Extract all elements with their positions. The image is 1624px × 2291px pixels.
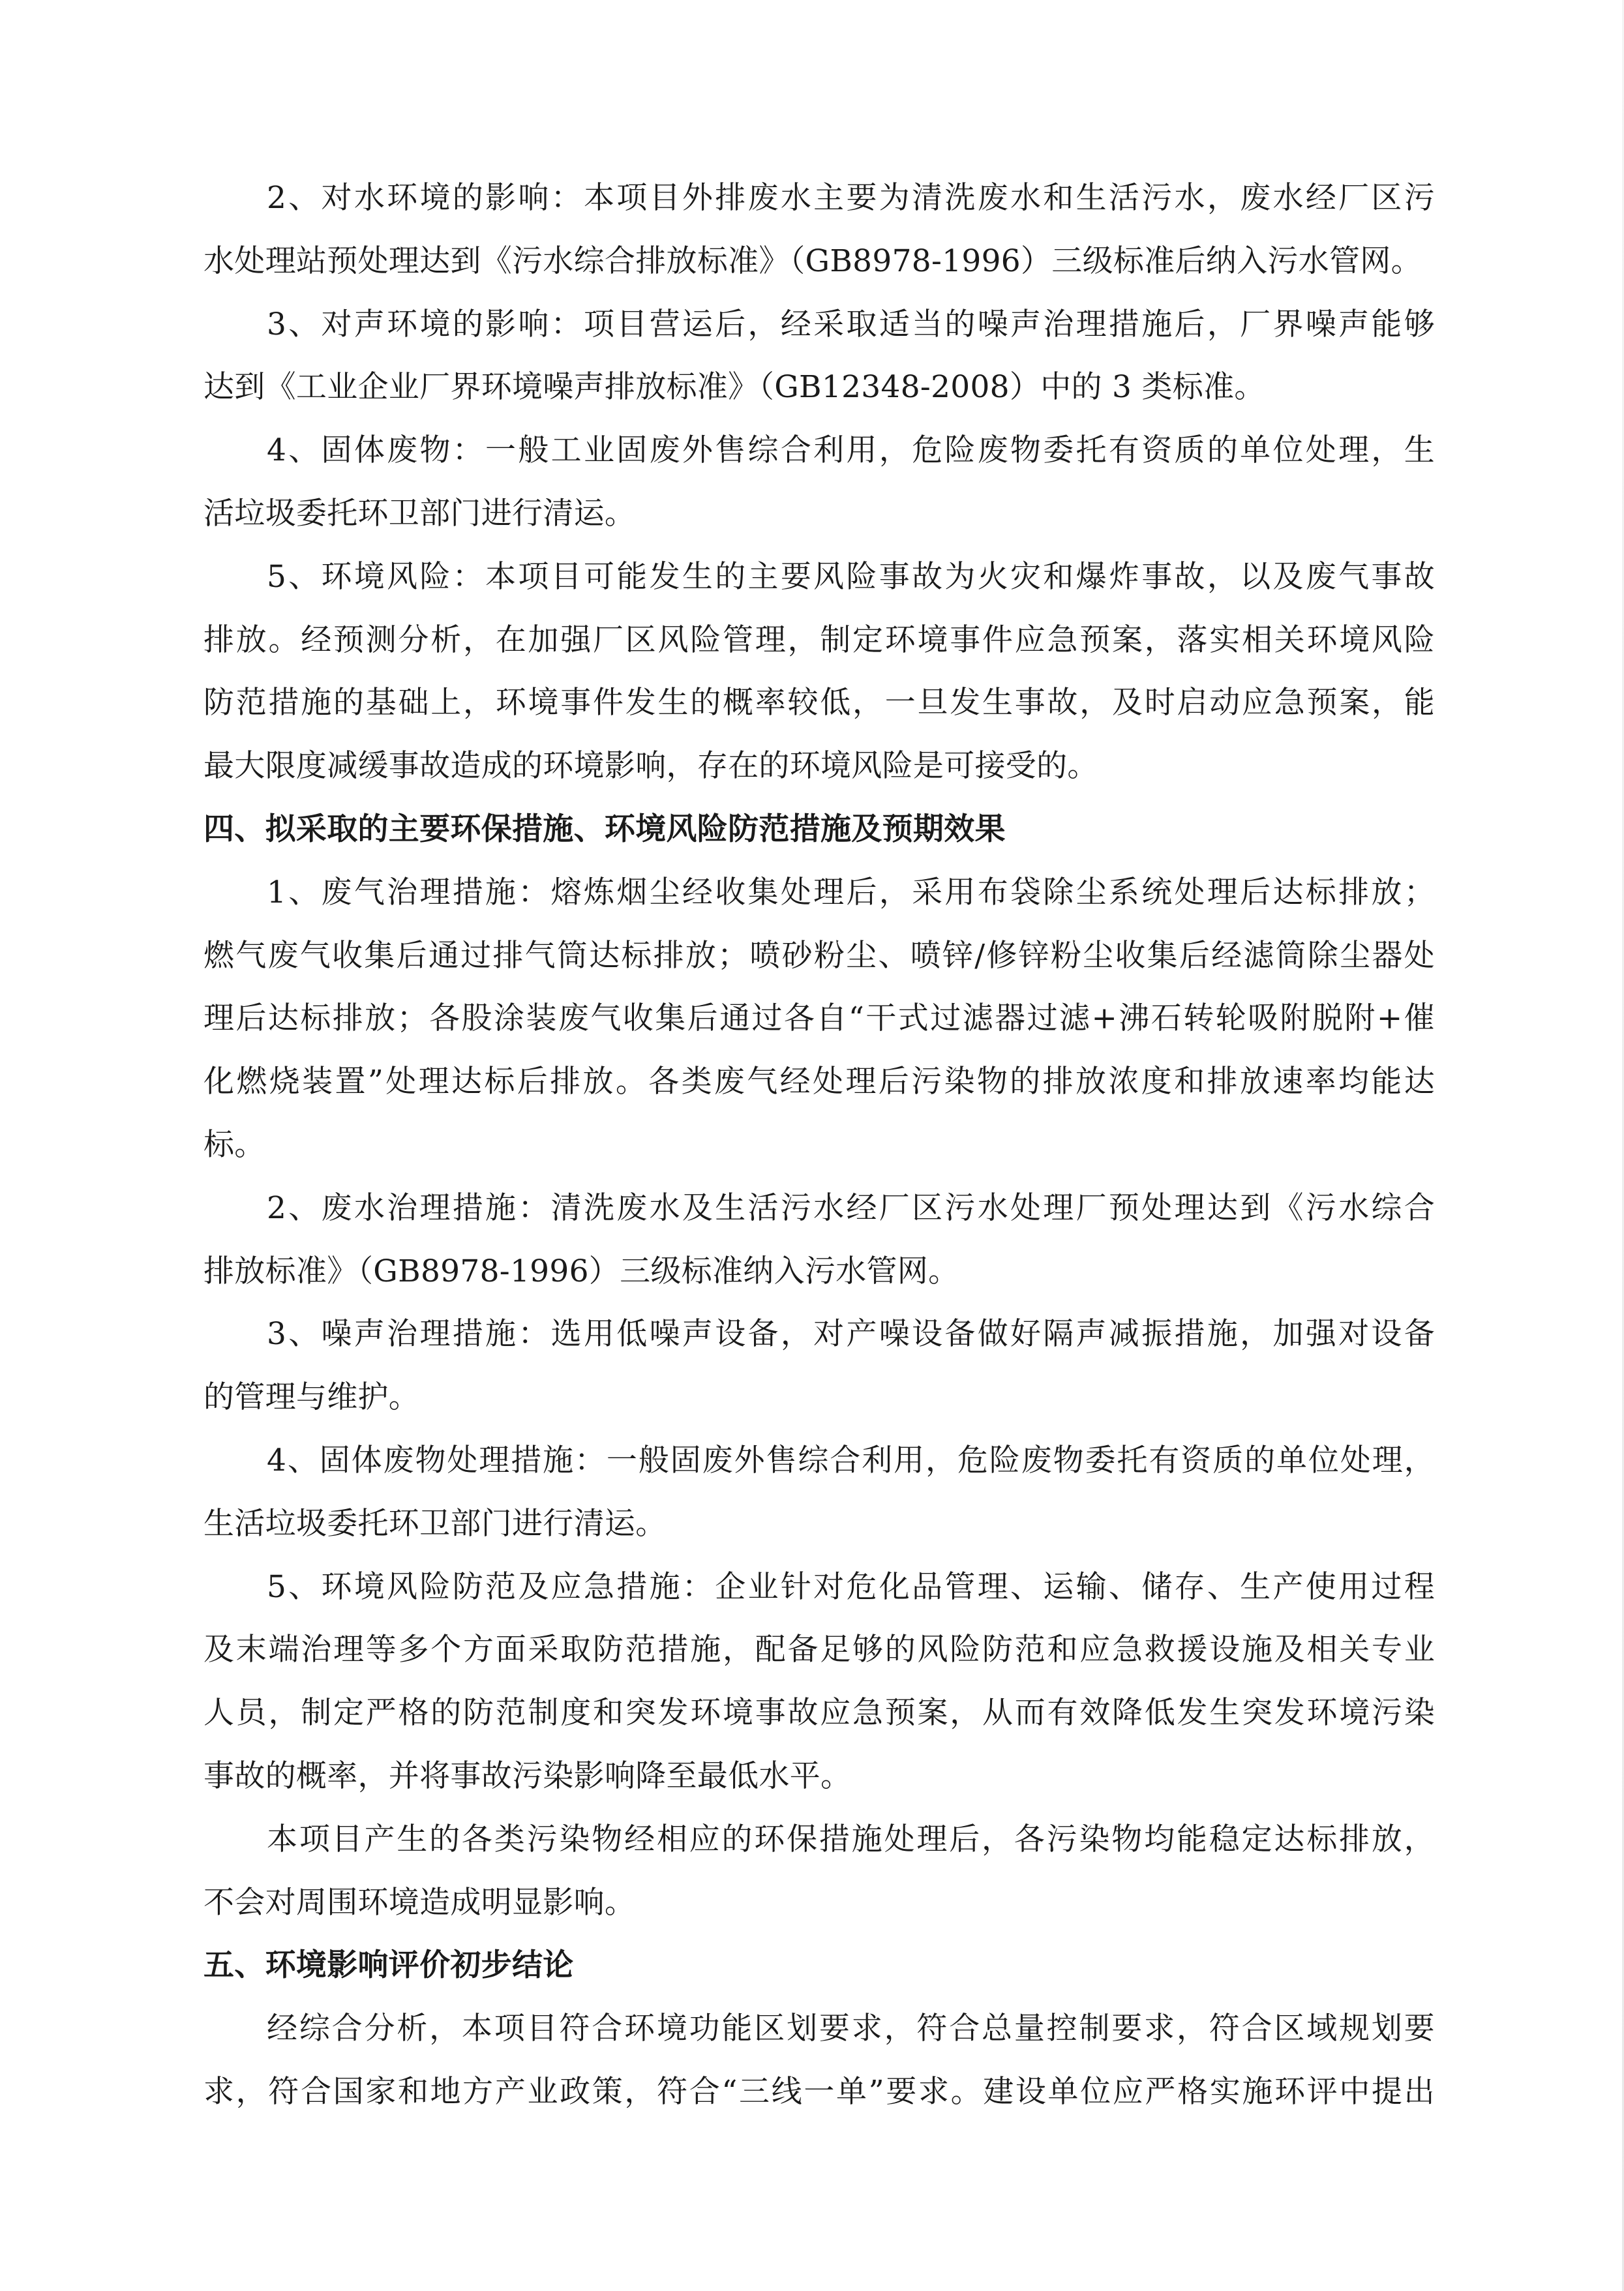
text-line: 排放标准》（GB8978-1996）三级标准纳入污水管网。 <box>203 1240 1435 1304</box>
text-line: 5、环境风险防范及应急措施：企业针对危化品管理、运输、储存、生产使用过程 <box>203 1556 1435 1619</box>
text-line: 理后达标排放；各股涂装废气收集后通过各自“干式过滤器过滤+沸石转轮吸附脱附+催 <box>203 987 1435 1051</box>
text-line: 求，符合国家和地方产业政策，符合“三线一单”要求。建设单位应严格实施环评中提出 <box>203 2061 1435 2124</box>
text-line: 水处理站预处理达到《污水综合排放标准》（GB8978-1996）三级标准后纳入污… <box>203 230 1435 293</box>
text-line: 4、固体废物：一般工业固废外售综合利用，危险废物委托有资质的单位处理，生 <box>203 419 1435 483</box>
text-line: 及末端治理等多个方面采取防范措施，配备足够的风险防范和应急救援设施及相关专业 <box>203 1619 1435 1682</box>
heading-text: 五、环境影响评价初步结论 <box>203 1934 1435 1998</box>
text-line: 活垃圾委托环卫部门进行清运。 <box>203 483 1435 546</box>
text-line: 3、对声环境的影响：项目营运后，经采取适当的噪声治理措施后，厂界噪声能够 <box>203 293 1435 357</box>
paragraph: 2、对水环境的影响：本项目外排废水主要为清洗废水和生活污水，废水经厂区污水处理站… <box>203 167 1435 293</box>
paragraph: 4、固体废物：一般工业固废外售综合利用，危险废物委托有资质的单位处理，生活垃圾委… <box>203 419 1435 546</box>
paragraph: 4、固体废物处理措施：一般固废外售综合利用，危险废物委托有资质的单位处理，生活垃… <box>203 1430 1435 1556</box>
paragraph: 5、环境风险：本项目可能发生的主要风险事故为火灾和爆炸事故，以及废气事故排放。经… <box>203 546 1435 798</box>
paragraph: 1、废气治理措施：熔炼烟尘经收集处理后，采用布袋除尘系统处理后达标排放；燃气废气… <box>203 861 1435 1177</box>
text-line: 的管理与维护。 <box>203 1366 1435 1430</box>
text-line: 化燃烧装置”处理达标后排放。各类废气经处理后污染物的排放浓度和排放速率均能达 <box>203 1051 1435 1114</box>
paragraph: 本项目产生的各类污染物经相应的环保措施处理后，各污染物均能稳定达标排放，不会对周… <box>203 1808 1435 1935</box>
paragraph: 3、对声环境的影响：项目营运后，经采取适当的噪声治理措施后，厂界噪声能够达到《工… <box>203 293 1435 420</box>
paragraph: 经综合分析，本项目符合环境功能区划要求，符合总量控制要求，符合区域规划要求，符合… <box>203 1998 1435 2124</box>
heading-text: 四、拟采取的主要环保措施、环境风险防范措施及预期效果 <box>203 798 1435 861</box>
paragraph: 3、噪声治理措施：选用低噪声设备，对产噪设备做好隔声减振措施，加强对设备的管理与… <box>203 1303 1435 1430</box>
text-line: 2、废水治理措施：清洗废水及生活污水经厂区污水处理厂预处理达到《污水综合 <box>203 1177 1435 1240</box>
text-line: 事故的概率，并将事故污染影响降至最低水平。 <box>203 1745 1435 1808</box>
text-line: 防范措施的基础上，环境事件发生的概率较低，一旦发生事故，及时启动应急预案，能 <box>203 672 1435 735</box>
text-line: 人员，制定严格的防范制度和突发环境事故应急预案，从而有效降低发生突发环境污染 <box>203 1682 1435 1745</box>
paragraph: 5、环境风险防范及应急措施：企业针对危化品管理、运输、储存、生产使用过程及末端治… <box>203 1556 1435 1808</box>
section-heading: 五、环境影响评价初步结论 <box>203 1934 1435 1998</box>
text-line: 4、固体废物处理措施：一般固废外售综合利用，危险废物委托有资质的单位处理， <box>203 1430 1435 1493</box>
text-line: 燃气废气收集后通过排气筒达标排放；喷砂粉尘、喷锌/修锌粉尘收集后经滤筒除尘器处 <box>203 925 1435 988</box>
text-line: 达到《工业企业厂界环境噪声排放标准》（GB12348-2008）中的 3 类标准… <box>203 356 1435 419</box>
text-line: 不会对周围环境造成明显影响。 <box>203 1872 1435 1935</box>
text-line: 最大限度减缓事故造成的环境影响，存在的环境风险是可接受的。 <box>203 735 1435 798</box>
text-line: 2、对水环境的影响：本项目外排废水主要为清洗废水和生活污水，废水经厂区污 <box>203 167 1435 230</box>
section-heading: 四、拟采取的主要环保措施、环境风险防范措施及预期效果 <box>203 798 1435 861</box>
text-line: 本项目产生的各类污染物经相应的环保措施处理后，各污染物均能稳定达标排放， <box>203 1808 1435 1872</box>
document-page: 2、对水环境的影响：本项目外排废水主要为清洗废水和生活污水，废水经厂区污水处理站… <box>203 167 1435 2124</box>
text-line: 1、废气治理措施：熔炼烟尘经收集处理后，采用布袋除尘系统处理后达标排放； <box>203 861 1435 925</box>
text-line: 5、环境风险：本项目可能发生的主要风险事故为火灾和爆炸事故，以及废气事故 <box>203 546 1435 609</box>
paragraph: 2、废水治理措施：清洗废水及生活污水经厂区污水处理厂预处理达到《污水综合排放标准… <box>203 1177 1435 1304</box>
text-line: 3、噪声治理措施：选用低噪声设备，对产噪设备做好隔声减振措施，加强对设备 <box>203 1303 1435 1366</box>
text-line: 经综合分析，本项目符合环境功能区划要求，符合总量控制要求，符合区域规划要 <box>203 1998 1435 2061</box>
text-line: 排放。经预测分析，在加强厂区风险管理，制定环境事件应急预案，落实相关环境风险 <box>203 609 1435 672</box>
text-line: 生活垃圾委托环卫部门进行清运。 <box>203 1493 1435 1556</box>
text-line: 标。 <box>203 1114 1435 1177</box>
